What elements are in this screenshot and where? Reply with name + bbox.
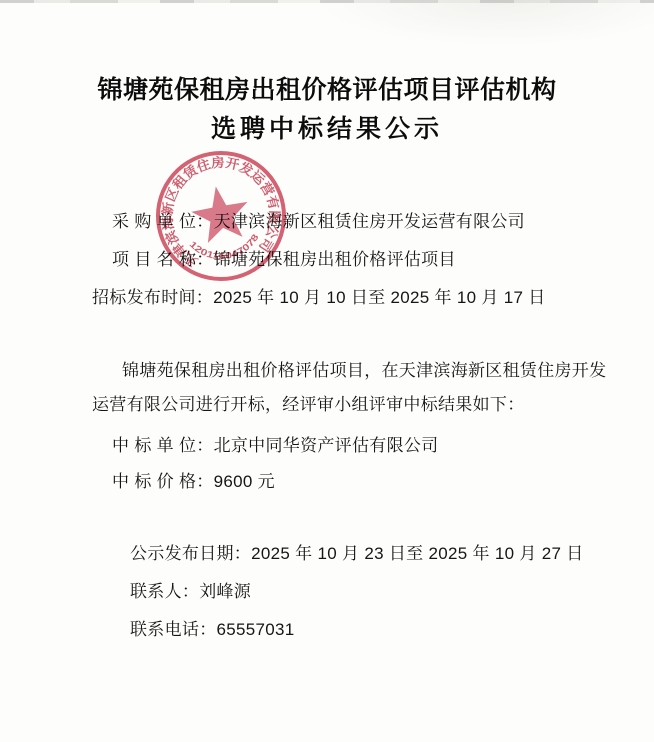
field-project: 项 目 名 称：锦塘苑保租房出租价格评估项目: [112, 245, 456, 270]
body-paragraph-line1: 锦塘苑保租房出租价格评估项目，在天津滨海新区租赁住房开发: [122, 356, 606, 381]
field-contact-value: 刘峰源: [199, 582, 251, 601]
field-purchaser-label: 采 购 单 位：: [112, 212, 214, 231]
field-contact: 联系人：刘峰源: [130, 577, 251, 602]
field-phone: 联系电话：65557031: [130, 615, 295, 640]
field-phone-value: 65557031: [217, 620, 295, 639]
field-publish-period-label: 公示发布日期：: [130, 544, 251, 563]
field-purchaser: 采 购 单 位：天津滨海新区租赁住房开发运营有限公司: [112, 207, 525, 232]
field-winner-label: 中 标 单 位：: [112, 436, 214, 455]
field-publish-period: 公示发布日期：2025 年 10 月 23 日至 2025 年 10 月 27 …: [130, 539, 584, 564]
field-project-label: 项 目 名 称：: [112, 250, 214, 269]
document-title-line2: 选聘中标结果公示: [0, 109, 654, 145]
field-project-value: 锦塘苑保租房出租价格评估项目: [214, 250, 456, 269]
field-publish-period-value: 2025 年 10 月 23 日至 2025 年 10 月 27 日: [251, 544, 583, 563]
scan-smudge: [314, 0, 654, 46]
field-tender-period: 招标发布时间：2025 年 10 月 10 日至 2025 年 10 月 17 …: [92, 283, 546, 308]
field-contact-label: 联系人：: [130, 582, 199, 601]
field-price: 中 标 价 格：9600 元: [112, 467, 275, 492]
field-price-label: 中 标 价 格：: [112, 472, 214, 491]
field-tender-period-value: 2025 年 10 月 10 日至 2025 年 10 月 17 日: [213, 288, 545, 307]
document-title-line1: 锦塘苑保租房出租价格评估项目评估机构: [0, 70, 654, 106]
field-tender-period-label: 招标发布时间：: [92, 288, 213, 307]
field-phone-label: 联系电话：: [130, 620, 217, 639]
body-paragraph-line2: 运营有限公司进行开标，经评审小组评审中标结果如下：: [92, 390, 525, 415]
field-winner-value: 北京中同华资产评估有限公司: [214, 436, 439, 455]
field-winner: 中 标 单 位：北京中同华资产评估有限公司: [112, 431, 438, 456]
scan-edge-artifact: [0, 0, 654, 3]
field-purchaser-value: 天津滨海新区租赁住房开发运营有限公司: [214, 212, 525, 231]
field-price-value: 9600 元: [214, 472, 275, 491]
scanned-document-page: 锦塘苑保租房出租价格评估项目评估机构 选聘中标结果公示 采 购 单 位：天津滨海…: [0, 0, 654, 742]
